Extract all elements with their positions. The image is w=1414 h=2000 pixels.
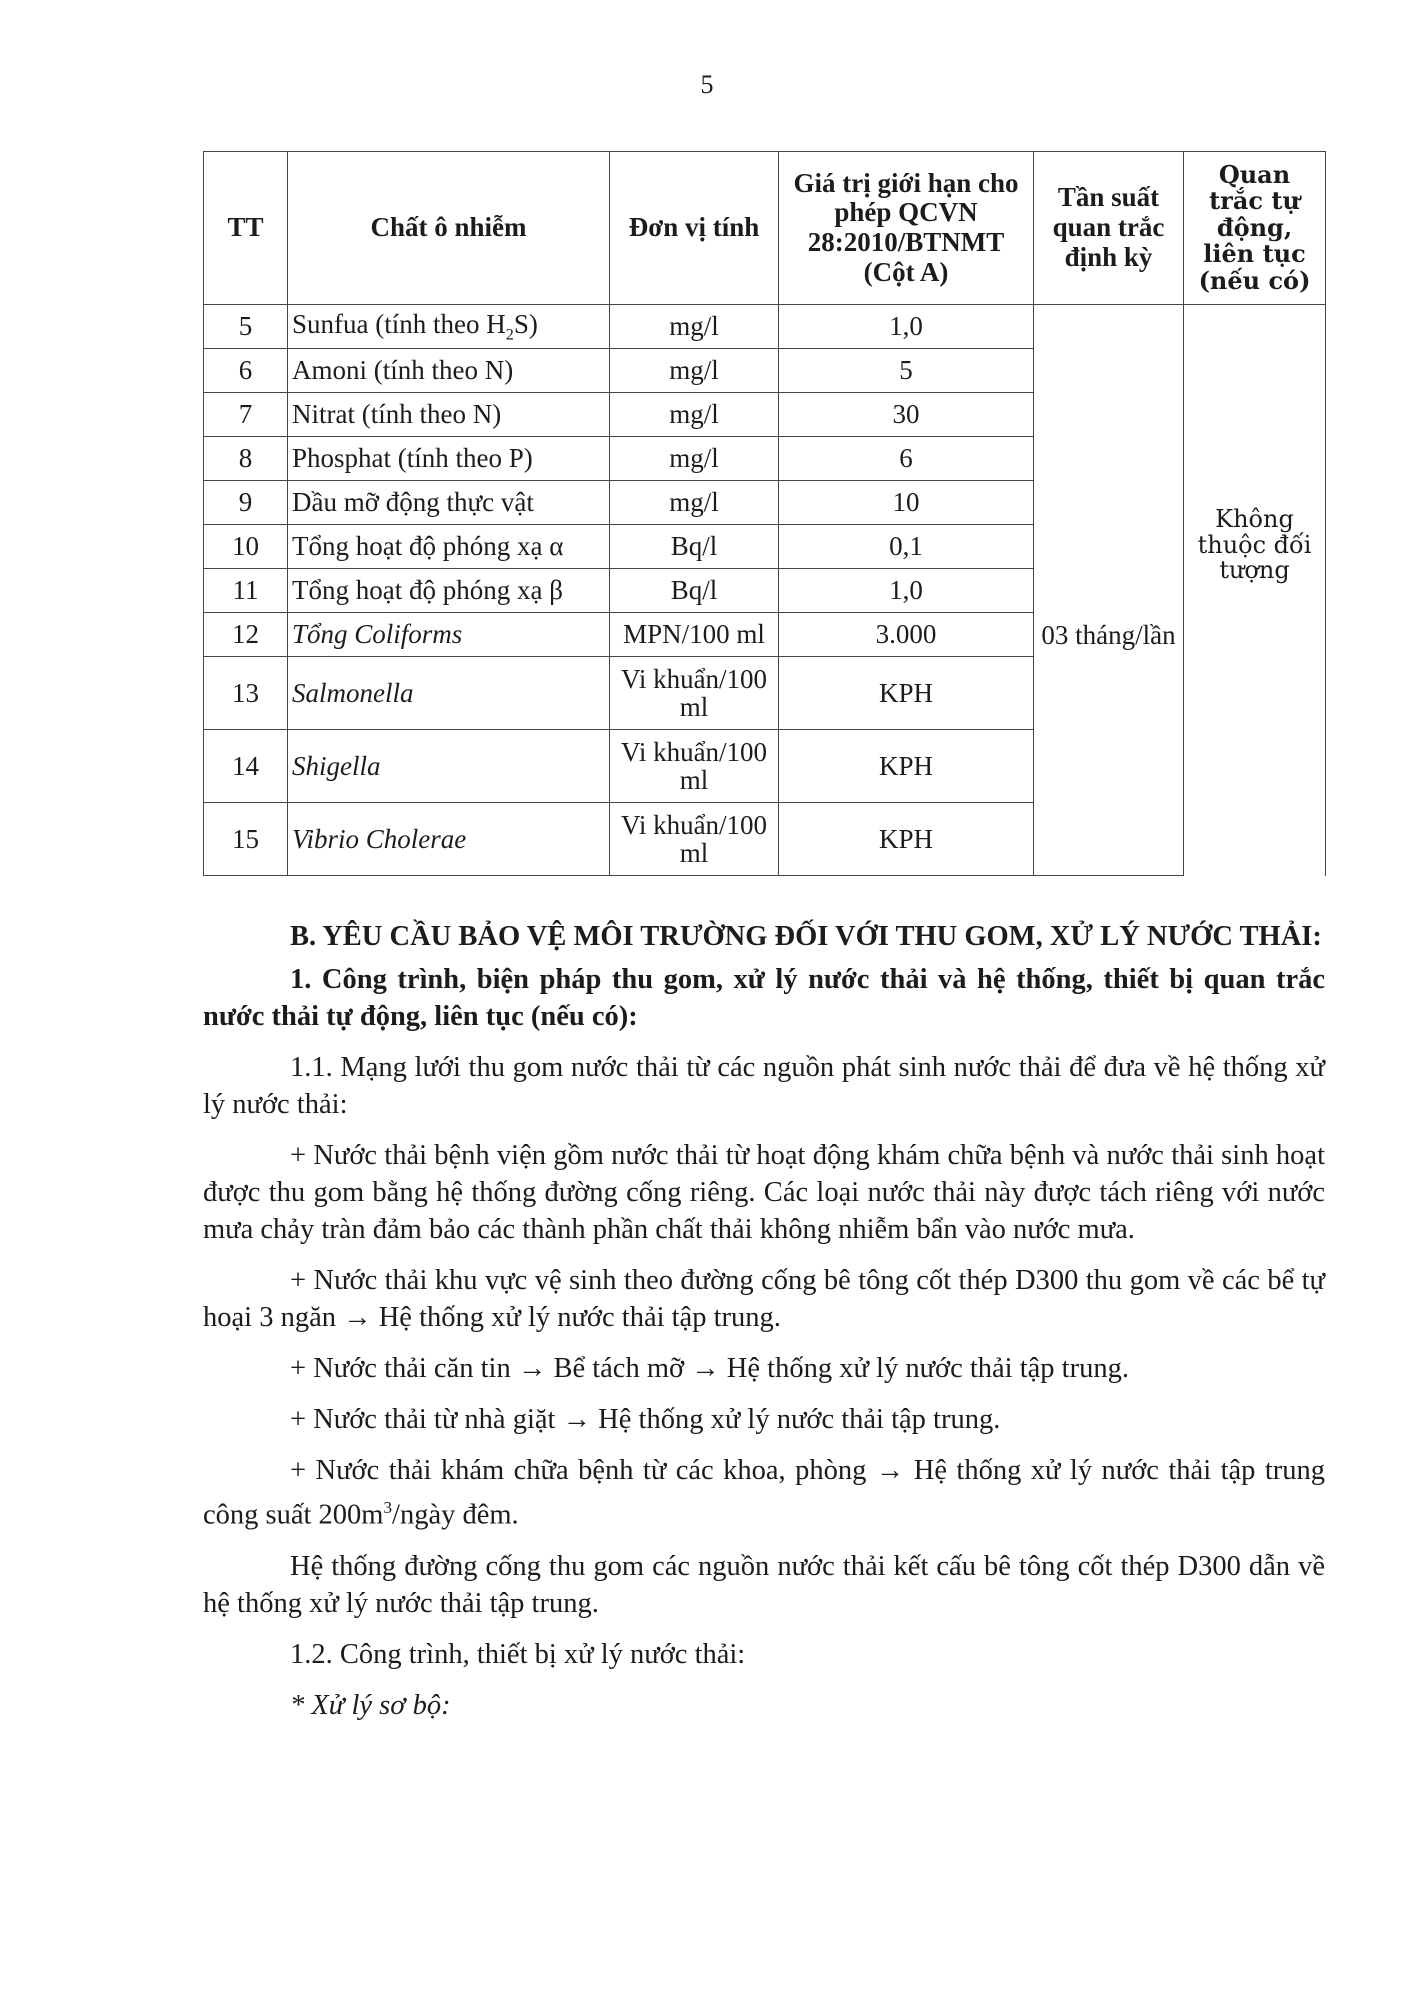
bullet-sanitation-wastewater: + Nước thải khu vực vệ sinh theo đường c… [203,1262,1325,1336]
paragraph-preliminary-treatment: * Xử lý sơ bộ: [203,1687,1325,1724]
header-limit: Giá trị giới hạn cho phép QCVN 28:2010/B… [779,152,1034,305]
cell-pollutant: Shigella [288,730,610,803]
cell-auto-monitoring: Không thuộc đối tượng [1184,305,1326,876]
cell-pollutant: Tổng hoạt độ phóng xạ β [288,569,610,613]
header-frequency: Tần suất quan trắc định kỳ [1034,152,1184,305]
cell-pollutant: Dầu mỡ động thực vật [288,481,610,525]
superscript-3: 3 [383,1498,392,1517]
cell-limit: 30 [779,393,1034,437]
cell-pollutant: Vibrio Cholerae [288,803,610,876]
cell-tt: 9 [204,481,288,525]
cell-tt: 7 [204,393,288,437]
cell-tt: 6 [204,349,288,393]
cell-limit: 10 [779,481,1034,525]
header-auto-monitoring: Quan trắc tự động, liên tục (nếu có) [1184,152,1326,305]
cell-limit: 0,1 [779,525,1034,569]
paragraph-1-2: 1.2. Công trình, thiết bị xử lý nước thả… [203,1636,1325,1673]
cell-pollutant: Sunfua (tính theo H2S) [288,305,610,349]
cell-pollutant: Tổng hoạt độ phóng xạ α [288,525,610,569]
cell-unit: mg/l [610,393,779,437]
cell-limit: KPH [779,730,1034,803]
cell-unit: mg/l [610,305,779,349]
cell-tt: 15 [204,803,288,876]
section-b-sub1-heading: 1. Công trình, biện pháp thu gom, xử lý … [203,961,1325,1035]
cell-tt: 8 [204,437,288,481]
cell-pollutant: Phosphat (tính theo P) [288,437,610,481]
cell-limit: KPH [779,803,1034,876]
cell-limit: 5 [779,349,1034,393]
header-tt: TT [204,152,288,305]
bullet-medical-text: + Nước thải khám chữa bệnh từ các khoa, … [203,1455,1325,1531]
section-b: B. YÊU CẦU BẢO VỆ MÔI TRƯỜNG ĐỐI VỚI THU… [203,918,1325,1724]
cell-pollutant: Salmonella [288,657,610,730]
cell-tt: 10 [204,525,288,569]
header-pollutant: Chất ô nhiễm [288,152,610,305]
cell-unit: mg/l [610,437,779,481]
cell-unit: Bq/l [610,525,779,569]
cell-tt: 12 [204,613,288,657]
cell-tt: 13 [204,657,288,730]
cell-pollutant: Nitrat (tính theo N) [288,393,610,437]
header-unit: Đơn vị tính [610,152,779,305]
cell-pollutant: Amoni (tính theo N) [288,349,610,393]
cell-tt: 14 [204,730,288,803]
cell-limit: 1,0 [779,569,1034,613]
cell-unit: Bq/l [610,569,779,613]
table-row: 5Sunfua (tính theo H2S)mg/l1,003 tháng/l… [204,305,1326,349]
cell-unit: Vi khuẩn/100 ml [610,803,779,876]
bullet-canteen-wastewater: + Nước thải căn tin → Bể tách mỡ → Hệ th… [203,1350,1325,1387]
cell-unit: MPN/100 ml [610,613,779,657]
cell-unit: Vi khuẩn/100 ml [610,657,779,730]
bullet-laundry-wastewater: + Nước thải từ nhà giặt → Hệ thống xử lý… [203,1401,1325,1438]
paragraph-sewer-system: Hệ thống đường cống thu gom các nguồn nư… [203,1548,1325,1622]
page-number: 5 [0,70,1414,100]
bullet-medical-wastewater: + Nước thải khám chữa bệnh từ các khoa, … [203,1452,1325,1534]
cell-frequency: 03 tháng/lần [1034,305,1184,876]
cell-unit: mg/l [610,349,779,393]
table-header-row: TT Chất ô nhiễm Đơn vị tính Giá trị giới… [204,152,1326,305]
cell-pollutant: Tổng Coliforms [288,613,610,657]
cell-unit: mg/l [610,481,779,525]
cell-tt: 11 [204,569,288,613]
cell-limit: 6 [779,437,1034,481]
cell-unit: Vi khuẩn/100 ml [610,730,779,803]
cell-tt: 5 [204,305,288,349]
cell-limit: KPH [779,657,1034,730]
bullet-hospital-wastewater: + Nước thải bệnh viện gồm nước thải từ h… [203,1137,1325,1248]
cell-limit: 3.000 [779,613,1034,657]
paragraph-1-1: 1.1. Mạng lưới thu gom nước thải từ các … [203,1049,1325,1123]
pollutant-limits-table: TT Chất ô nhiễm Đơn vị tính Giá trị giới… [203,151,1326,876]
bullet-medical-tail: /ngày đêm. [392,1500,519,1531]
section-b-heading: B. YÊU CẦU BẢO VỆ MÔI TRƯỜNG ĐỐI VỚI THU… [203,918,1325,955]
cell-limit: 1,0 [779,305,1034,349]
